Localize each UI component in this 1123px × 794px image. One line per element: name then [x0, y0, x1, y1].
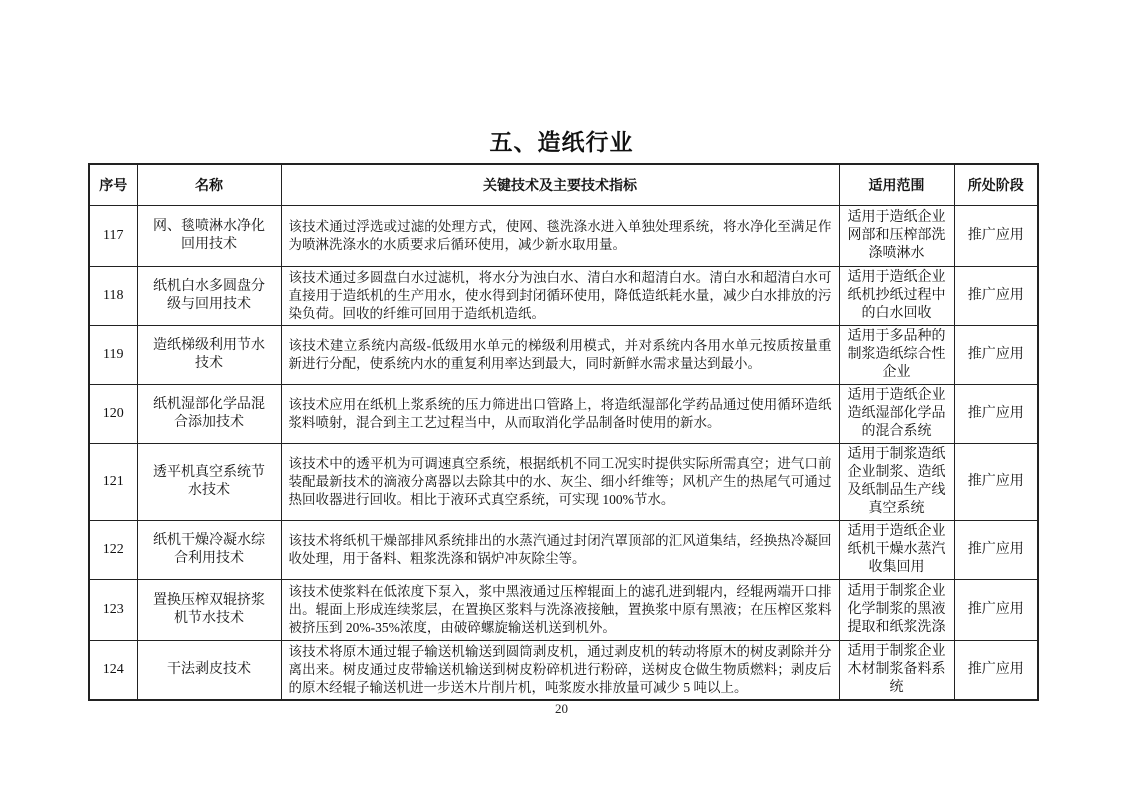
tech-description: 该技术使浆料在低浓度下泵入，浆中黑液通过压榨辊面上的滤孔进到辊内，经辊两端开口排…: [281, 580, 839, 641]
column-header-tech: 关键技术及主要技术指标: [281, 164, 839, 206]
application-scope: 适用于造纸企业纸机抄纸过程中的白水回收: [839, 267, 954, 326]
tech-description: 该技术通过浮选或过滤的处理方式，使网、毯洗涤水进入单独处理系统，将水净化至满足作…: [281, 206, 839, 267]
row-number: 121: [89, 444, 137, 521]
tech-name: 纸机干燥冷凝水综合利用技术: [137, 521, 281, 580]
application-scope: 适用于制浆造纸企业制浆、造纸及纸制品生产线真空系统: [839, 444, 954, 521]
table-row: 121 透平机真空系统节水技术 该技术中的透平机为可调速真空系统，根据纸机不同工…: [89, 444, 1038, 521]
application-scope: 适用于造纸企业纸机干燥水蒸汽收集回用: [839, 521, 954, 580]
table-row: 117 网、毯喷淋水净化回用技术 该技术通过浮选或过滤的处理方式，使网、毯洗涤水…: [89, 206, 1038, 267]
row-number: 118: [89, 267, 137, 326]
column-header-number: 序号: [89, 164, 137, 206]
stage: 推广应用: [954, 267, 1038, 326]
row-number: 117: [89, 206, 137, 267]
table-row: 118 纸机白水多圆盘分级与回用技术 该技术通过多圆盘白水过滤机，将水分为浊白水…: [89, 267, 1038, 326]
page-title: 五、造纸行业: [0, 124, 1123, 157]
stage: 推广应用: [954, 580, 1038, 641]
row-number: 119: [89, 326, 137, 385]
page-number: 20: [0, 701, 1123, 717]
stage: 推广应用: [954, 641, 1038, 701]
tech-description: 该技术将原木通过辊子输送机输送到圆筒剥皮机，通过剥皮机的转动将原木的树皮剥除并分…: [281, 641, 839, 701]
row-number: 122: [89, 521, 137, 580]
stage: 推广应用: [954, 206, 1038, 267]
stage: 推广应用: [954, 521, 1038, 580]
tech-name: 置换压榨双辊挤浆机节水技术: [137, 580, 281, 641]
application-scope: 适用于造纸企业网部和压榨部洗涤喷淋水: [839, 206, 954, 267]
technology-table: 序号 名称 关键技术及主要技术指标 适用范围 所处阶段 117 网、毯喷淋水净化…: [88, 163, 1039, 701]
stage: 推广应用: [954, 326, 1038, 385]
table-row: 123 置换压榨双辊挤浆机节水技术 该技术使浆料在低浓度下泵入，浆中黑液通过压榨…: [89, 580, 1038, 641]
tech-name: 网、毯喷淋水净化回用技术: [137, 206, 281, 267]
row-number: 123: [89, 580, 137, 641]
stage: 推广应用: [954, 444, 1038, 521]
tech-description: 该技术中的透平机为可调速真空系统，根据纸机不同工况实时提供实际所需真空；进气口前…: [281, 444, 839, 521]
row-number: 124: [89, 641, 137, 701]
tech-description: 该技术建立系统内高级-低级用水单元的梯级利用模式，并对系统内各用水单元按质按量重…: [281, 326, 839, 385]
table-row: 124 干法剥皮技术 该技术将原木通过辊子输送机输送到圆筒剥皮机，通过剥皮机的转…: [89, 641, 1038, 701]
tech-description: 该技术通过多圆盘白水过滤机，将水分为浊白水、清白水和超清白水。清白水和超清白水可…: [281, 267, 839, 326]
tech-description: 该技术将纸机干燥部排风系统排出的水蒸汽通过封闭汽罩顶部的汇风道集结，经换热冷凝回…: [281, 521, 839, 580]
tech-name: 纸机湿部化学品混合添加技术: [137, 385, 281, 444]
column-header-name: 名称: [137, 164, 281, 206]
application-scope: 适用于多品种的制浆造纸综合性企业: [839, 326, 954, 385]
row-number: 120: [89, 385, 137, 444]
column-header-stage: 所处阶段: [954, 164, 1038, 206]
tech-name: 纸机白水多圆盘分级与回用技术: [137, 267, 281, 326]
application-scope: 适用于制浆企业木材制浆备料系统: [839, 641, 954, 701]
table-body: 117 网、毯喷淋水净化回用技术 该技术通过浮选或过滤的处理方式，使网、毯洗涤水…: [89, 206, 1038, 701]
stage: 推广应用: [954, 385, 1038, 444]
tech-name: 造纸梯级利用节水技术: [137, 326, 281, 385]
application-scope: 适用于制浆企业化学制浆的黑液提取和纸浆洗涤: [839, 580, 954, 641]
table-row: 119 造纸梯级利用节水技术 该技术建立系统内高级-低级用水单元的梯级利用模式，…: [89, 326, 1038, 385]
tech-name: 干法剥皮技术: [137, 641, 281, 701]
application-scope: 适用于造纸企业造纸湿部化学品的混合系统: [839, 385, 954, 444]
tech-name: 透平机真空系统节水技术: [137, 444, 281, 521]
table-row: 120 纸机湿部化学品混合添加技术 该技术应用在纸机上浆系统的压力筛进出口管路上…: [89, 385, 1038, 444]
table-row: 122 纸机干燥冷凝水综合利用技术 该技术将纸机干燥部排风系统排出的水蒸汽通过封…: [89, 521, 1038, 580]
table-header-row: 序号 名称 关键技术及主要技术指标 适用范围 所处阶段: [89, 164, 1038, 206]
column-header-scope: 适用范围: [839, 164, 954, 206]
tech-description: 该技术应用在纸机上浆系统的压力筛进出口管路上，将造纸湿部化学药品通过使用循环造纸…: [281, 385, 839, 444]
